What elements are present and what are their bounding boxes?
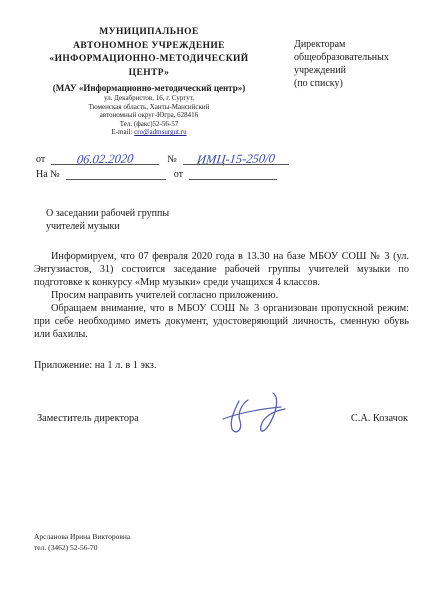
org-short-name: (МАУ «Информационно-методический центр») bbox=[30, 82, 268, 94]
number-label: № bbox=[167, 154, 177, 165]
attachment-note: Приложение: на 1 л. в 1 экз. bbox=[34, 360, 424, 371]
org-name-line: «ИНФОРМАЦИОННО-МЕТОДИЧЕСКИЙ bbox=[30, 53, 268, 67]
org-address-line: Тюменская область, Ханты-Мансийский bbox=[30, 103, 268, 112]
addressee-line: Директорам bbox=[294, 38, 389, 51]
letter-header: МУНИЦИПАЛЬНОЕ АВТОНОМНОЕ УЧРЕЖДЕНИЕ «ИНФ… bbox=[0, 0, 424, 137]
reply-from-label: от bbox=[174, 169, 183, 180]
addressee-line: учреждений bbox=[294, 64, 389, 77]
org-address-line: ул. Декабристов, 16, г. Сургут, bbox=[30, 94, 268, 103]
handwritten-date: 06.02.2020 bbox=[76, 152, 134, 168]
signer-title: Заместитель директора bbox=[37, 413, 139, 424]
reference-row-reply: На № от bbox=[36, 165, 424, 180]
reply-date-field bbox=[189, 166, 277, 180]
executor-phone: тел. (3462) 52-56-70 bbox=[34, 542, 130, 553]
reply-label: На № bbox=[36, 169, 60, 180]
subject-line: учителей музыки bbox=[46, 220, 424, 233]
org-email-line: E-mail: cro@admsurgut.ru bbox=[30, 128, 268, 137]
addressee-line: (по списку) bbox=[294, 77, 389, 90]
executor-name: Арсланова Ирина Викторовна bbox=[34, 531, 130, 542]
body-paragraph: Просим направить учителей согласно прило… bbox=[34, 289, 409, 302]
letter-page: МУНИЦИПАЛЬНОЕ АВТОНОМНОЕ УЧРЕЖДЕНИЕ «ИНФ… bbox=[0, 0, 424, 599]
reference-row-outgoing: от 06.02.2020 № ИМЦ-15-250/0 bbox=[36, 150, 424, 165]
addressee-line: общеобразовательных bbox=[294, 51, 389, 64]
letterhead: МУНИЦИПАЛЬНОЕ АВТОНОМНОЕ УЧРЕЖДЕНИЕ «ИНФ… bbox=[30, 26, 268, 137]
subject-block: О заседании рабочей группы учителей музы… bbox=[46, 207, 424, 233]
email-label: E-mail: bbox=[111, 128, 132, 136]
reply-number-field bbox=[66, 166, 166, 180]
executor-contact-block: Арсланова Ирина Викторовна тел. (3462) 5… bbox=[34, 531, 130, 553]
outgoing-date-field: 06.02.2020 bbox=[51, 151, 159, 165]
letter-body: Информируем, что 07 февраля 2020 года в … bbox=[34, 250, 409, 341]
org-name-line: ЦЕНТР» bbox=[30, 67, 268, 81]
handwritten-signature-icon bbox=[215, 387, 305, 443]
signature-row: Заместитель директора С.А. Козачок bbox=[37, 395, 408, 441]
outgoing-number-field: ИМЦ-15-250/0 bbox=[183, 151, 289, 165]
org-address-line: автономный округ-Югра, 628416 bbox=[30, 111, 268, 120]
from-label: от bbox=[36, 154, 45, 165]
body-paragraph: Обращаем внимание, что в МБОУ СОШ № 3 ор… bbox=[34, 302, 409, 341]
subject-line: О заседании рабочей группы bbox=[46, 207, 424, 220]
org-name-line: МУНИЦИПАЛЬНОЕ bbox=[30, 26, 268, 40]
reference-block: от 06.02.2020 № ИМЦ-15-250/0 На № от bbox=[36, 150, 424, 180]
body-paragraph: Информируем, что 07 февраля 2020 года в … bbox=[34, 250, 409, 289]
email-link[interactable]: cro@admsurgut.ru bbox=[134, 128, 186, 136]
handwritten-number: ИМЦ-15-250/0 bbox=[196, 152, 276, 168]
org-phone-line: Тел. (факс)52-56-57 bbox=[30, 120, 268, 129]
signer-name: С.А. Козачок bbox=[351, 413, 408, 424]
addressee-block: Директорам общеобразовательных учреждени… bbox=[294, 26, 389, 137]
org-name-line: АВТОНОМНОЕ УЧРЕЖДЕНИЕ bbox=[30, 40, 268, 54]
